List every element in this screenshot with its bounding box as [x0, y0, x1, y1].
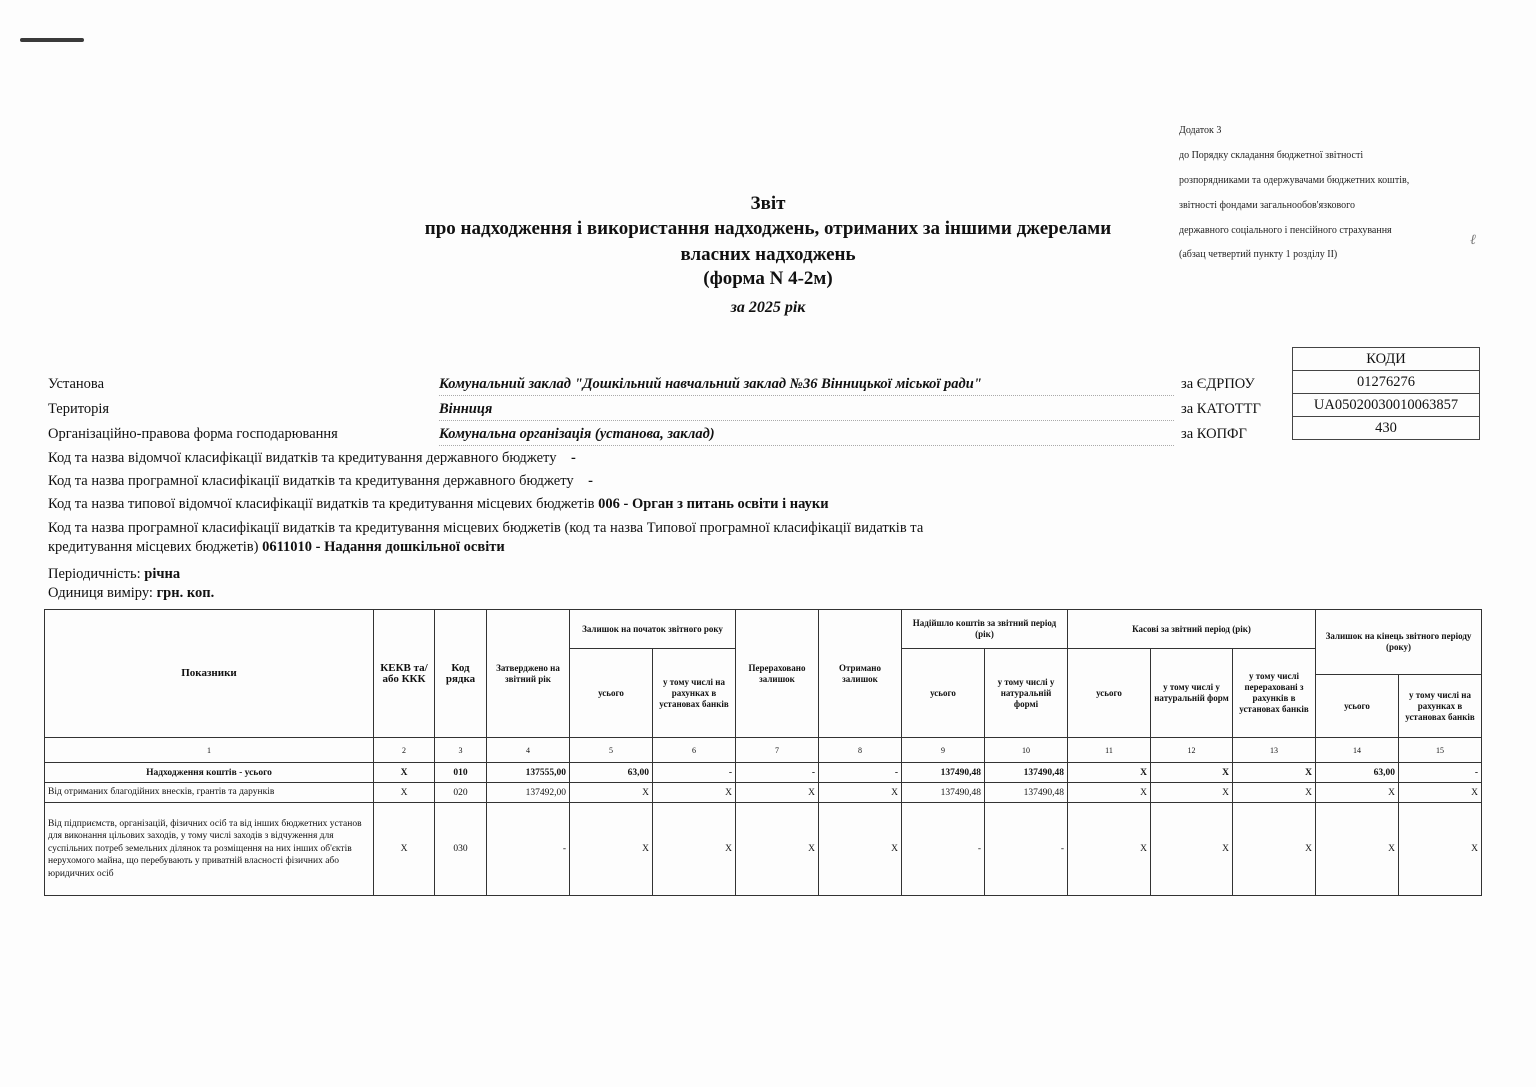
scan-corner-mark	[20, 38, 84, 42]
table-cell: X	[1233, 783, 1316, 803]
edrpou-label: за ЄДРПОУ	[1181, 376, 1255, 393]
local-prog-classification-line1: Код та назва програмної класифікації вид…	[48, 520, 923, 537]
table-cell: 030	[435, 803, 487, 896]
state-dept-label: Код та назва відомчої класифікації видат…	[48, 450, 556, 466]
local-dept-classification: Код та назва типової відомчої класифікац…	[48, 496, 829, 513]
periodicity-value: річна	[144, 566, 180, 582]
periodicity-label: Періодичність:	[48, 566, 141, 582]
table-cell: -	[487, 803, 570, 896]
column-number: 14	[1316, 738, 1399, 763]
column-number: 2	[374, 738, 435, 763]
table-cell: X	[1233, 803, 1316, 896]
header-received: Отримано залишок	[819, 610, 902, 738]
table-cell: X	[1316, 783, 1399, 803]
column-number: 12	[1151, 738, 1233, 763]
territory-value: Вінниця	[439, 401, 492, 418]
table-cell: X	[374, 803, 435, 896]
edrpou-code: 01276276	[1293, 371, 1480, 394]
table-cell: -	[902, 803, 985, 896]
table-cell: X	[1399, 803, 1482, 896]
katottg-label: за КАТОТТГ	[1181, 401, 1261, 418]
row-label: Надходження коштів - усього	[45, 763, 374, 783]
local-dept-value: 006 - Орган з питань освіти і науки	[598, 496, 828, 512]
header-cash-total: усього	[1068, 649, 1151, 738]
table-cell: 63,00	[1316, 763, 1399, 783]
territory-label: Територія	[48, 401, 109, 418]
institution-value: Комунальний заклад "Дошкільний навчальни…	[439, 376, 982, 393]
table-cell: 137490,48	[985, 783, 1068, 803]
table-cell: X	[736, 803, 819, 896]
header-transferred: Перераховано залишок	[736, 610, 819, 738]
table-cell: X	[1233, 763, 1316, 783]
header-start-banks: у тому числі на рахунках в установах бан…	[653, 649, 736, 738]
appendix-line: Додаток 3	[1179, 125, 1409, 137]
column-number: 1	[45, 738, 374, 763]
table-cell: 137490,48	[902, 783, 985, 803]
table-cell: X	[1151, 783, 1233, 803]
legal-form-value: Комунальна організація (установа, заклад…	[439, 426, 715, 443]
report-subtitle-2: власних надходжень	[0, 244, 1536, 266]
local-prog-classification-line2: кредитування місцевих бюджетів) 0611010 …	[48, 539, 505, 556]
state-prog-classification: Код та назва програмної класифікації вид…	[48, 473, 593, 490]
header-end-banks: у тому числі на рахунках в установах бан…	[1399, 675, 1482, 738]
row-label: Від отриманих благодійних внесків, грант…	[45, 783, 374, 803]
table-row: Надходження коштів - усьогоX010137555,00…	[45, 763, 1482, 783]
column-number: 11	[1068, 738, 1151, 763]
table-cell: -	[653, 763, 736, 783]
dotted-divider	[439, 420, 1174, 421]
header-cash-natural: у тому числі у натуральній форм	[1151, 649, 1233, 738]
dotted-divider	[439, 445, 1174, 446]
table-cell: X	[1068, 763, 1151, 783]
table-cell: 010	[435, 763, 487, 783]
table-cell: X	[1151, 763, 1233, 783]
header-incoming: Надійшло коштів за звітний період (рік)	[902, 610, 1068, 649]
table-cell: 137492,00	[487, 783, 570, 803]
report-form-number: (форма N 4-2м)	[0, 268, 1536, 290]
header-start-total: усього	[570, 649, 653, 738]
unit-value: грн. коп.	[157, 585, 215, 601]
column-number: 7	[736, 738, 819, 763]
row-label: Від підприємств, організацій, фізичних о…	[45, 803, 374, 896]
table-cell: 020	[435, 783, 487, 803]
appendix-line: розпорядниками та одержувачами бюджетних…	[1179, 175, 1409, 187]
state-dept-value: -	[571, 450, 576, 466]
table-cell: 137490,48	[985, 763, 1068, 783]
kopfg-label: за КОПФГ	[1181, 426, 1247, 443]
local-prog-label: кредитування місцевих бюджетів)	[48, 539, 258, 555]
local-prog-value: - Надання дошкільної освіти	[316, 539, 505, 555]
unit-label: Одиниця виміру:	[48, 585, 153, 601]
header-incoming-natural: у тому числі у натуральній формі	[985, 649, 1068, 738]
table-cell: X	[653, 803, 736, 896]
table-cell: X	[1399, 783, 1482, 803]
header-start-balance: Залишок на початок звітного року	[570, 610, 736, 649]
column-number: 5	[570, 738, 653, 763]
codes-header: КОДИ	[1293, 348, 1480, 371]
table-cell: -	[1399, 763, 1482, 783]
report-period: за 2025 рік	[0, 299, 1536, 317]
column-number: 15	[1399, 738, 1482, 763]
legal-form-label: Організаційно-правова форма господарюван…	[48, 426, 338, 443]
column-numbers-row: 123456789101112131415	[45, 738, 1482, 763]
state-prog-value: -	[588, 473, 593, 489]
table-cell: X	[1068, 783, 1151, 803]
state-prog-label: Код та назва програмної класифікації вид…	[48, 473, 574, 489]
local-dept-label: Код та назва типової відомчої класифікац…	[48, 496, 595, 512]
table-cell: 137555,00	[487, 763, 570, 783]
institution-label: Установа	[48, 376, 104, 393]
column-number: 10	[985, 738, 1068, 763]
state-dept-classification: Код та назва відомчої класифікації видат…	[48, 450, 576, 467]
table-cell: X	[374, 783, 435, 803]
column-number: 6	[653, 738, 736, 763]
column-number: 3	[435, 738, 487, 763]
table-cell: X	[736, 783, 819, 803]
table-cell: X	[1151, 803, 1233, 896]
header-kekv: КЕКВ та/або ККК	[374, 610, 435, 738]
table-cell: -	[736, 763, 819, 783]
header-approved: Затверджено на звітний рік	[487, 610, 570, 738]
column-number: 9	[902, 738, 985, 763]
table-cell: -	[985, 803, 1068, 896]
report-subtitle-1: про надходження і використання надходжен…	[0, 218, 1536, 240]
header-end-balance: Залишок на кінець звітного періоду (року…	[1316, 610, 1482, 675]
header-end-total: усього	[1316, 675, 1399, 738]
header-cash-transferred-banks: у тому числі перераховані з рахунків в у…	[1233, 649, 1316, 738]
kopfg-code: 430	[1293, 417, 1480, 440]
table-cell: X	[1316, 803, 1399, 896]
header-incoming-total: усього	[902, 649, 985, 738]
column-number: 4	[487, 738, 570, 763]
table-cell: X	[570, 783, 653, 803]
header-indicators: Показники	[45, 610, 374, 738]
report-table: Показники КЕКВ та/або ККК Код рядка Затв…	[44, 609, 1482, 896]
column-number: 13	[1233, 738, 1316, 763]
appendix-line: до Порядку складання бюджетної звітності	[1179, 150, 1409, 162]
unit: Одиниця виміру: грн. коп.	[48, 585, 214, 602]
table-row: Від отриманих благодійних внесків, грант…	[45, 783, 1482, 803]
table-cell: X	[570, 803, 653, 896]
report-title: Звіт	[0, 193, 1536, 215]
dotted-divider	[439, 395, 1174, 396]
table-cell: 137490,48	[902, 763, 985, 783]
local-prog-code: 0611010	[262, 539, 312, 555]
table-cell: X	[819, 803, 902, 896]
table-cell: X	[819, 783, 902, 803]
table-cell: -	[819, 763, 902, 783]
table-row: Від підприємств, організацій, фізичних о…	[45, 803, 1482, 896]
codes-table: КОДИ 01276276 UA05020030010063857 430	[1292, 347, 1480, 440]
header-cash: Касові за звітний період (рік)	[1068, 610, 1316, 649]
table-cell: X	[653, 783, 736, 803]
table-cell: X	[1068, 803, 1151, 896]
table-cell: X	[374, 763, 435, 783]
header-row-code: Код рядка	[435, 610, 487, 738]
column-number: 8	[819, 738, 902, 763]
table-cell: 63,00	[570, 763, 653, 783]
katottg-code: UA05020030010063857	[1293, 394, 1480, 417]
periodicity: Періодичність: річна	[48, 566, 180, 583]
